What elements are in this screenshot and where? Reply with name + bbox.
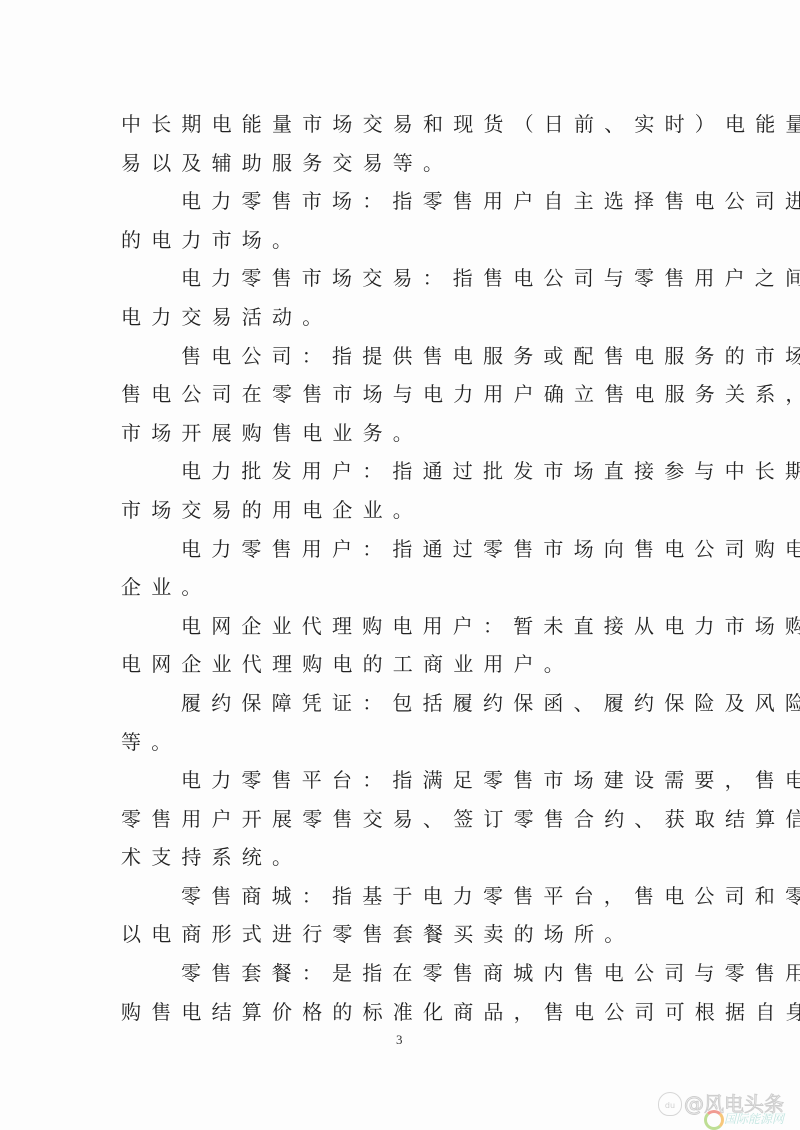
text-line-1: 中长期电能量市场交易和现货（日前、实时）电能量市场交 xyxy=(121,105,681,144)
baidu-paw-icon: du xyxy=(658,1092,682,1116)
definition-performance-guarantee: 履约保障凭证：包括履约保函、履约保险及风险保证金 xyxy=(121,684,681,723)
definition-grid-agent-user: 电网企业代理购电用户：暂未直接从电力市场购电，由 xyxy=(121,607,681,646)
text-line-19: 零售用户开展零售交易、签订零售合约、获取结算信息的技 xyxy=(121,800,681,839)
text-line-4: 的电力市场。 xyxy=(121,221,681,260)
text-line-13: 企业。 xyxy=(121,568,681,607)
definition-retail-package: 零售套餐：是指在零售商城内售电公司与零售用户确定 xyxy=(121,954,681,993)
text-line-20: 术支持系统。 xyxy=(121,838,681,877)
definition-retail-market-trading: 电力零售市场交易：指售电公司与零售用户之间开展的 xyxy=(121,259,681,298)
text-line-24: 购售电结算价格的标准化商品，售电公司可根据自身经营特 xyxy=(121,993,681,1032)
text-line-22: 以电商形式进行零售套餐买卖的场所。 xyxy=(121,915,681,954)
definition-retail-mall: 零售商城：指基于电力零售平台，售电公司和零售用户 xyxy=(121,877,681,916)
definition-retail-user: 电力零售用户：指通过零售市场向售电公司购电的用电 xyxy=(121,530,681,569)
text-line-8: 售电公司在零售市场与电力用户确立售电服务关系，在批发 xyxy=(121,375,681,414)
text-line-17: 等。 xyxy=(121,723,681,762)
watermark: du @风电头条 国际能源网 xyxy=(652,1088,800,1128)
text-line-2: 易以及辅助服务交易等。 xyxy=(121,144,681,183)
page-number: 3 xyxy=(396,1032,403,1048)
text-line-6: 电力交易活动。 xyxy=(121,298,681,337)
text-line-15: 电网企业代理购电的工商业用户。 xyxy=(121,645,681,684)
energy-logo-icon xyxy=(704,1110,724,1130)
definition-retail-platform: 电力零售平台：指满足零售市场建设需要，售电公司与 xyxy=(121,761,681,800)
text-line-9: 市场开展购售电业务。 xyxy=(121,414,681,453)
watermark-site: 国际能源网 xyxy=(724,1110,784,1127)
definition-wholesale-user: 电力批发用户：指通过批发市场直接参与中长期及现货 xyxy=(121,452,681,491)
body-text: 中长期电能量市场交易和现货（日前、实时）电能量市场交 易以及辅助服务交易等。 电… xyxy=(121,105,681,1031)
definition-retail-market: 电力零售市场：指零售用户自主选择售电公司进行购电 xyxy=(121,182,681,221)
text-line-11: 市场交易的用电企业。 xyxy=(121,491,681,530)
definition-retail-company: 售电公司：指提供售电服务或配售电服务的市场主体。 xyxy=(121,337,681,376)
document-page: 中长期电能量市场交易和现货（日前、实时）电能量市场交 易以及辅助服务交易等。 电… xyxy=(0,0,800,1130)
